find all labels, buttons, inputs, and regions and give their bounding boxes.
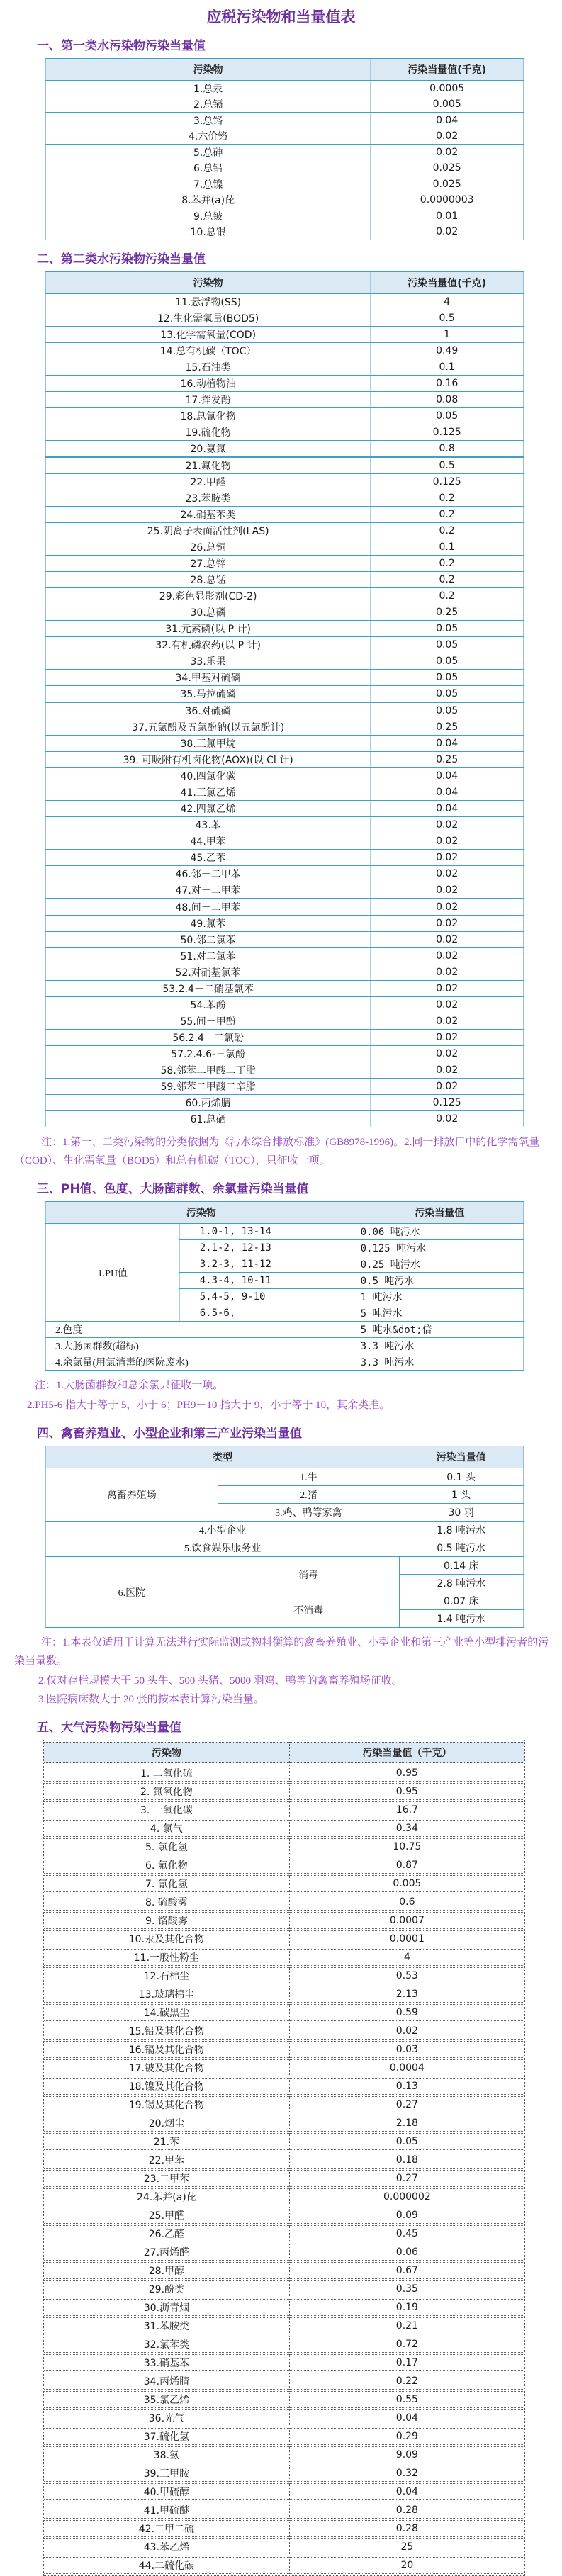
equivalent-value: 30 羽 — [399, 1504, 523, 1522]
equivalent-value: 10.75 — [289, 1838, 524, 1855]
pollutant-name: 1.总汞 — [46, 81, 371, 97]
table-row: 5. 氯化氢10.75 — [44, 1838, 524, 1855]
table-row: 1.PH值 1.0-1, 13-14 0.06 吨污水 — [46, 1224, 524, 1240]
section-3-heading: 三、PH值、色度、大肠菌群数、余氯量污染当量值 — [37, 1179, 562, 1196]
equivalent-value: 0.13 — [289, 2078, 524, 2095]
type-label: 4.小型企业 — [46, 1522, 400, 1539]
equivalent-value: 0.0004 — [289, 2059, 524, 2076]
table-row: 14.总有机碳（TOC）0.49 — [46, 343, 524, 359]
table-row: 39. 可吸附有机卤化物(AOX)(以 Cl 计)0.25 — [46, 752, 524, 768]
equivalent-value: 0.2 — [371, 490, 524, 507]
equivalent-value: 3.3 吨污水 — [356, 1338, 524, 1354]
table-row: 45.乙苯0.02 — [46, 850, 524, 866]
equivalent-value: 0.6 — [289, 1894, 524, 1911]
section-4-note-2: 2.仅对存栏规模大于 50 头牛、500 头猪、5000 羽鸡、鸭等的禽畜养殖场… — [38, 1672, 551, 1690]
equivalent-value: 0.67 — [289, 2262, 524, 2279]
col-header-pollutant: 污染物 — [46, 59, 371, 81]
pollutant-name: 29.彩色显影剂(CD-2) — [46, 588, 371, 604]
table-row: 15.石油类0.1 — [46, 359, 524, 376]
table-header: 污染物 污染当量值 — [46, 1202, 524, 1224]
equivalent-value: 0.53 — [289, 1967, 524, 1984]
equivalent-value: 0.06 吨污水 — [356, 1224, 524, 1240]
pollutant-name: 32.有机磷农药(以 P 计) — [46, 637, 371, 653]
livestock-smallbiz-hospital-table: 类型 污染当量值 禽畜养殖场 1.牛 0.1 头 2.猪 1 头 3.鸡、鸭等家… — [45, 1446, 524, 1628]
col-header-value: 污染当量值(千克) — [371, 272, 524, 294]
equivalent-value: 0.2 — [371, 556, 524, 572]
equivalent-value: 0.02 — [371, 882, 524, 899]
table-row: 59.邻苯二甲酸二辛脂0.02 — [46, 1079, 524, 1095]
table-row: 32.有机磷农药(以 P 计)0.05 — [46, 637, 524, 653]
pollutant-name: 51.对二氯苯 — [46, 948, 371, 964]
pollutant-name: 39. 可吸附有机卤化物(AOX)(以 Cl 计) — [46, 752, 371, 768]
pollutant-name: 59.邻苯二甲酸二辛脂 — [46, 1079, 371, 1095]
pollutant-name: 54.苯酚 — [46, 997, 371, 1013]
pollutant-name: 40.四氯化碳 — [46, 768, 371, 784]
equivalent-value: 0.04 — [371, 113, 524, 129]
section-4-note-3: 3.医院病床数大于 20 张的按本表计算污染当量。 — [38, 1690, 551, 1709]
equivalent-value: 0.02 — [371, 948, 524, 964]
pollutant-name: 15.铅及其化合物 — [44, 2023, 289, 2040]
equivalent-value: 0.05 — [371, 670, 524, 686]
table-header: 类型 污染当量值 — [46, 1446, 524, 1468]
pollutant-name: 18.镍及其化合物 — [44, 2078, 289, 2095]
table-row: 8. 硫酸雾0.6 — [44, 1894, 524, 1911]
table-row: 6.医院 消毒 0.14 床 — [46, 1557, 524, 1575]
equivalent-value: 1.8 吨污水 — [399, 1522, 523, 1539]
equivalent-value: 5 吨水&dot;倍 — [356, 1322, 524, 1338]
pollutant-name: 19.硫化物 — [46, 424, 371, 441]
table-row: 18.总氰化物0.05 — [46, 408, 524, 424]
pollutant-name: 21.苯 — [44, 2133, 289, 2150]
equivalent-value: 0.1 头 — [399, 1468, 523, 1486]
pollutant-name: 6. 氟化物 — [44, 1857, 289, 1874]
table-row: 35.马拉硫磷0.05 — [46, 686, 524, 703]
table-row: 7.总镍0.025 — [46, 176, 524, 193]
table-row: 13.化学需氧量(COD)1 — [46, 327, 524, 343]
equivalent-value: 0.04 — [289, 2483, 524, 2500]
table-row: 40.甲硫醇0.04 — [44, 2483, 524, 2500]
equivalent-value: 0.04 — [371, 768, 524, 784]
no-disinfect-label: 不消毒 — [218, 1592, 399, 1628]
pollutant-name: 33.乐果 — [46, 653, 371, 670]
table-row: 19.硫化物0.125 — [46, 424, 524, 441]
ph-range: 1.0-1, 13-14 — [179, 1224, 356, 1240]
pollutant-name: 39.三甲胺 — [44, 2465, 289, 2482]
pollutant-name: 9. 铬酸雾 — [44, 1912, 289, 1929]
pollutant-name: 3. 一氧化碳 — [44, 1801, 289, 1818]
equivalent-value: 0.87 — [289, 1857, 524, 1874]
pollutant-name: 34.丙烯腈 — [44, 2373, 289, 2390]
pollutant-name: 28.甲醇 — [44, 2262, 289, 2279]
equivalent-value: 0.02 — [289, 2023, 524, 2040]
table-row: 41.三氯乙烯0.04 — [46, 784, 524, 801]
pollutant-name: 60.丙烯腈 — [46, 1095, 371, 1111]
equivalent-value: 0.32 — [289, 2465, 524, 2482]
equivalent-value: 0.21 — [289, 2317, 524, 2334]
pollutant-name: 41.三氯乙烯 — [46, 784, 371, 801]
equivalent-value: 0.5 — [371, 310, 524, 327]
table-row: 30.总磷0.25 — [46, 604, 524, 621]
pollutant-name: 57.2.4.6-三氯酚 — [46, 1046, 371, 1062]
equivalent-value: 16.7 — [289, 1801, 524, 1818]
pollutant-name: 43.苯 — [46, 817, 371, 833]
table-row: 55.间－甲酚0.02 — [46, 1013, 524, 1030]
table-row: 34.甲基对硫磷0.05 — [46, 670, 524, 686]
pollutant-name: 22.甲苯 — [44, 2152, 289, 2169]
equivalent-value: 25 — [289, 2538, 524, 2555]
table-row: 23.二甲苯0.27 — [44, 2170, 524, 2187]
equivalent-value: 1 吨污水 — [356, 1289, 524, 1305]
pollutant-name: 4.余氯量(用氯消毒的医院废水) — [46, 1354, 356, 1371]
table-row: 39.三甲胺0.32 — [44, 2465, 524, 2482]
equivalent-value: 0.04 — [289, 2409, 524, 2426]
table-row: 17.挥发酚0.08 — [46, 392, 524, 408]
equivalent-value: 0.02 — [371, 817, 524, 833]
pollutant-name: 13.化学需氧量(COD) — [46, 327, 371, 343]
equivalent-value: 0.14 床 — [399, 1557, 523, 1575]
pollutant-name: 20.烟尘 — [44, 2115, 289, 2132]
equivalent-value: 0.0000003 — [371, 192, 524, 208]
equivalent-value: 0.02 — [371, 833, 524, 850]
equivalent-value: 0.05 — [371, 653, 524, 670]
pollutant-name: 25.甲醛 — [44, 2207, 289, 2224]
equivalent-value: 0.29 — [289, 2428, 524, 2445]
pollutant-name: 50.邻二氯苯 — [46, 932, 371, 948]
equivalent-value: 0.1 — [371, 539, 524, 556]
pollutant-name: 13.玻璃棉尘 — [44, 1986, 289, 2003]
equivalent-value: 0.27 — [289, 2096, 524, 2113]
pollutant-name: 58.邻苯二甲酸二丁脂 — [46, 1062, 371, 1079]
equivalent-value: 0.34 — [289, 1820, 524, 1837]
equivalent-value: 0.005 — [371, 96, 524, 113]
equivalent-value: 0.025 — [371, 176, 524, 193]
first-class-water-pollutants-table: 污染物 污染当量值(千克) 1.总汞0.00052.总镉0.0053.总铬0.0… — [45, 58, 524, 240]
equivalent-value: 0.02 — [371, 899, 524, 916]
equivalent-value: 0.02 — [371, 145, 524, 161]
table-row: 3.总铬0.04 — [46, 113, 524, 129]
table-row: 10.总银0.02 — [46, 224, 524, 240]
equivalent-value: 0.45 — [289, 2225, 524, 2242]
table-row: 58.邻苯二甲酸二丁脂0.02 — [46, 1062, 524, 1079]
table-row: 21.氟化物0.5 — [46, 457, 524, 474]
table-row: 57.2.4.6-三氯酚0.02 — [46, 1046, 524, 1062]
second-class-water-pollutants-table: 污染物 污染当量值(千克) 11.悬浮物(SS)412.生化需氧量(BOD5)0… — [45, 271, 524, 1127]
pollutant-name: 38.氨 — [44, 2446, 289, 2463]
equivalent-value: 0.03 — [289, 2041, 524, 2058]
table-row: 9.总铍0.01 — [46, 208, 524, 225]
equivalent-value: 0.2 — [371, 523, 524, 539]
table-header: 污染物 污染当量值(千克) — [46, 59, 524, 81]
pollutant-name: 6.总铅 — [46, 160, 371, 176]
equivalent-value: 0.02 — [371, 981, 524, 997]
pollutant-name: 17.挥发酚 — [46, 392, 371, 408]
pollutant-name: 40.甲硫醇 — [44, 2483, 289, 2500]
table-row: 40.四氯化碳0.04 — [46, 768, 524, 784]
pollutant-name: 33.硝基苯 — [44, 2354, 289, 2371]
table-row: 4.余氯量(用氯消毒的医院废水) 3.3 吨污水 — [46, 1354, 524, 1371]
table-row: 6.总铅0.025 — [46, 160, 524, 176]
table-row: 42.四氯乙烯0.04 — [46, 801, 524, 817]
animal-type: 1.牛 — [218, 1468, 399, 1486]
table-row: 16.镉及其化合物0.03 — [44, 2041, 524, 2058]
equivalent-value: 0.04 — [371, 736, 524, 752]
table-row: 31.元素磷(以 P 计)0.05 — [46, 621, 524, 637]
table-row: 12.生化需氧量(BOD5)0.5 — [46, 310, 524, 327]
table-row: 32.氯苯类0.72 — [44, 2336, 524, 2353]
pollutant-name: 26.总铜 — [46, 539, 371, 556]
table-row: 5.饮食娱乐服务业 0.5 吨污水 — [46, 1539, 524, 1557]
pollutant-name: 31.苯胺类 — [44, 2317, 289, 2334]
table-row: 23.苯胺类0.2 — [46, 490, 524, 507]
pollutant-name: 55.间－甲酚 — [46, 1013, 371, 1030]
pollutant-name: 10.总银 — [46, 224, 371, 240]
equivalent-value: 0.02 — [371, 932, 524, 948]
equivalent-value: 20 — [289, 2557, 524, 2574]
pollutant-name: 24.硝基苯类 — [46, 507, 371, 523]
pollutant-name: 35.氯乙烯 — [44, 2391, 289, 2408]
table-row: 50.邻二氯苯0.02 — [46, 932, 524, 948]
pollutant-name: 4.六价铬 — [46, 128, 371, 145]
equivalent-value: 0.025 — [371, 160, 524, 176]
equivalent-value: 0.16 — [371, 376, 524, 392]
pollutant-name: 9.总铍 — [46, 208, 371, 225]
ph-range: 3.2-3, 11-12 — [179, 1256, 356, 1273]
pollutant-name: 3.大肠菌群数(超标) — [46, 1338, 356, 1354]
equivalent-value: 3.3 吨污水 — [356, 1354, 524, 1371]
table-row: 6. 氟化物0.87 — [44, 1857, 524, 1874]
pollutant-name: 15.石油类 — [46, 359, 371, 376]
table-row: 27.总锌0.2 — [46, 556, 524, 572]
equivalent-value: 0.02 — [371, 850, 524, 866]
table-row: 43.苯乙烯25 — [44, 2538, 524, 2555]
equivalent-value: 0.72 — [289, 2336, 524, 2353]
table-row: 19.锡及其化合物0.27 — [44, 2096, 524, 2113]
equivalent-value: 0.000002 — [289, 2188, 524, 2205]
table-row: 29.彩色显影剂(CD-2)0.2 — [46, 588, 524, 604]
pollutant-name: 7. 氰化氢 — [44, 1875, 289, 1892]
pollutant-name: 2.总镉 — [46, 96, 371, 113]
table-row: 11.悬浮物(SS)4 — [46, 294, 524, 310]
table-row: 33.硝基苯0.17 — [44, 2354, 524, 2371]
section-2-heading: 二、第二类水污染物污染当量值 — [37, 249, 562, 266]
table-row: 5.总砷0.02 — [46, 145, 524, 161]
section-4-note-1: 注：1.本表仅适用于计算无法进行实际监测或物料衡算的禽畜养殖业、小型企业和第三产… — [14, 1633, 551, 1670]
table-row: 22.甲苯0.18 — [44, 2152, 524, 2169]
equivalent-value: 0.005 — [289, 1875, 524, 1892]
pollutant-name: 12.石棉尘 — [44, 1967, 289, 1984]
equivalent-value: 0.95 — [289, 1765, 524, 1782]
table-row: 20.氨氮0.8 — [46, 441, 524, 458]
equivalent-value: 0.05 — [371, 621, 524, 637]
table-row: 12.石棉尘0.53 — [44, 1967, 524, 1984]
pollutant-name: 29.酚类 — [44, 2280, 289, 2297]
table-row: 2. 氮氧化物0.95 — [44, 1783, 524, 1800]
pollutant-name: 36.对硫磷 — [46, 702, 371, 719]
equivalent-value: 0.04 — [371, 784, 524, 801]
pollutant-name: 2.色度 — [46, 1322, 356, 1338]
table-row: 46.邻－二甲苯0.02 — [46, 866, 524, 882]
equivalent-value: 0.125 吨污水 — [356, 1240, 524, 1256]
equivalent-value: 2.13 — [289, 1986, 524, 2003]
table-row: 49.氯苯0.02 — [46, 916, 524, 932]
disinfect-label: 消毒 — [218, 1557, 399, 1592]
table-row: 52.对硝基氯苯0.02 — [46, 964, 524, 981]
equivalent-value: 0.05 — [371, 408, 524, 424]
pollutant-name: 23.苯胺类 — [46, 490, 371, 507]
pollutant-name: 35.马拉硫磷 — [46, 686, 371, 703]
equivalent-value: 0.0007 — [289, 1912, 524, 1929]
pollutant-name: 38.三氯甲烷 — [46, 736, 371, 752]
pollutant-name: 1. 二氧化硫 — [44, 1765, 289, 1782]
pollutant-name: 3.总铬 — [46, 113, 371, 129]
table-row: 38.氨9.09 — [44, 2446, 524, 2463]
table-row: 44.二硫化碳20 — [44, 2557, 524, 2574]
equivalent-value: 0.02 — [371, 916, 524, 932]
equivalent-value: 1 头 — [399, 1486, 523, 1504]
pollutant-name: 11.悬浮物(SS) — [46, 294, 371, 310]
pollutant-name: 5.总砷 — [46, 145, 371, 161]
table-row: 22.甲醛0.125 — [46, 474, 524, 490]
table-row: 25.甲醛0.09 — [44, 2207, 524, 2224]
table-row: 38.三氯甲烷0.04 — [46, 736, 524, 752]
col-header-value: 污染当量值（千克） — [289, 1742, 524, 1763]
pollutant-name: 52.对硝基氯苯 — [46, 964, 371, 981]
equivalent-value: 0.02 — [371, 1111, 524, 1127]
pollutant-name: 43.苯乙烯 — [44, 2538, 289, 2555]
pollutant-name: 42.四氯乙烯 — [46, 801, 371, 817]
pollutant-name: 56.2.4－二氯酚 — [46, 1030, 371, 1046]
equivalent-value: 0.2 — [371, 588, 524, 604]
pollutant-name: 31.元素磷(以 P 计) — [46, 621, 371, 637]
table-row: 30.沥青烟0.19 — [44, 2299, 524, 2316]
pollutant-name: 20.氨氮 — [46, 441, 371, 458]
document-page: 应税污染物和当量值表 一、第一类水污染物污染当量值 污染物 污染当量值(千克) … — [0, 6, 562, 2576]
table-row: 37.硫化氢0.29 — [44, 2428, 524, 2445]
ph-range: 2.1-2, 12-13 — [179, 1240, 356, 1256]
table-row: 13.玻璃棉尘2.13 — [44, 1986, 524, 2003]
section-3-note-2: 2.PH5-6 指大于等于 5，小于 6；PH9－10 指大于 9，小于等于 1… — [27, 1396, 551, 1414]
table-row: 1. 二氧化硫0.95 — [44, 1765, 524, 1782]
equivalent-value: 0.05 — [371, 702, 524, 719]
equivalent-value: 0.02 — [371, 964, 524, 981]
table-row: 25.阴离子表面活性剂(LAS)0.2 — [46, 523, 524, 539]
pollutant-name: 26.乙醛 — [44, 2225, 289, 2242]
equivalent-value: 0.25 吨污水 — [356, 1256, 524, 1273]
table-row: 4. 氯气0.34 — [44, 1820, 524, 1837]
pollutant-name: 44.甲苯 — [46, 833, 371, 850]
equivalent-value: 0.0001 — [289, 1930, 524, 1947]
table-row: 48.间－二甲苯0.02 — [46, 899, 524, 916]
pollutant-name: 19.锡及其化合物 — [44, 2096, 289, 2113]
table-row: 21.苯0.05 — [44, 2133, 524, 2150]
table-row: 42.二甲二硫0.28 — [44, 2520, 524, 2537]
equivalent-value: 0.8 — [371, 441, 524, 458]
pollutant-name: 21.氟化物 — [46, 457, 371, 474]
table-row: 28.甲醇0.67 — [44, 2262, 524, 2279]
col-header-pollutant: 污染物 — [46, 1202, 356, 1224]
table-row: 2.色度 5 吨水&dot;倍 — [46, 1322, 524, 1338]
equivalent-value: 0.02 — [371, 224, 524, 240]
pollutant-name: 12.生化需氧量(BOD5) — [46, 310, 371, 327]
pollutant-name: 45.乙苯 — [46, 850, 371, 866]
table-row: 2.总镉0.005 — [46, 96, 524, 113]
col-header-value: 污染当量值 — [399, 1446, 523, 1468]
equivalent-value: 2.18 — [289, 2115, 524, 2132]
livestock-group-label: 禽畜养殖场 — [46, 1468, 218, 1522]
table-row: 8.苯并(a)芘0.0000003 — [46, 192, 524, 208]
equivalent-value: 0.18 — [289, 2152, 524, 2169]
ph-group-label: 1.PH值 — [46, 1224, 180, 1322]
equivalent-value: 0.28 — [289, 2502, 524, 2519]
table-row: 24.苯并(a)芘0.000002 — [44, 2188, 524, 2205]
table-row: 4.小型企业 1.8 吨污水 — [46, 1522, 524, 1539]
ph-range: 6.5-6, — [179, 1305, 356, 1322]
table-row: 28.总锰0.2 — [46, 572, 524, 588]
equivalent-value: 0.22 — [289, 2373, 524, 2390]
pollutant-name: 4. 氯气 — [44, 1820, 289, 1837]
equivalent-value: 4 — [371, 294, 524, 310]
equivalent-value: 0.125 — [371, 474, 524, 490]
pollutant-name: 46.邻－二甲苯 — [46, 866, 371, 882]
pollutant-name: 16.镉及其化合物 — [44, 2041, 289, 2058]
pollutant-name: 22.甲醛 — [46, 474, 371, 490]
equivalent-value: 0.02 — [371, 1030, 524, 1046]
equivalent-value: 0.09 — [289, 2207, 524, 2224]
section-5-heading: 五、大气污染物污染当量值 — [37, 1717, 562, 1735]
table-row: 37.五氯酚及五氯酚钠(以五氯酚计)0.25 — [46, 719, 524, 736]
equivalent-value: 0.02 — [371, 128, 524, 145]
equivalent-value: 0.28 — [289, 2520, 524, 2537]
table-row: 51.对二氯苯0.02 — [46, 948, 524, 964]
equivalent-value: 0.02 — [371, 1046, 524, 1062]
section-4-heading: 四、禽畜养殖业、小型企业和第三产业污染当量值 — [37, 1423, 562, 1441]
table-row: 31.苯胺类0.21 — [44, 2317, 524, 2334]
equivalent-value: 0.02 — [371, 1079, 524, 1095]
equivalent-value: 0.06 — [289, 2244, 524, 2261]
table-row: 27.丙烯醛0.06 — [44, 2244, 524, 2261]
table-row: 41.甲硫醚0.28 — [44, 2502, 524, 2519]
pollutant-name: 5. 氯化氢 — [44, 1838, 289, 1855]
equivalent-value: 0.05 — [289, 2133, 524, 2150]
pollutant-name: 30.总磷 — [46, 604, 371, 621]
table-row: 24.硝基苯类0.2 — [46, 507, 524, 523]
table-row: 16.动植物油0.16 — [46, 376, 524, 392]
pollutant-name: 7.总镍 — [46, 176, 371, 193]
table-row: 10.汞及其化合物0.0001 — [44, 1930, 524, 1947]
pollutant-name: 30.沥青烟 — [44, 2299, 289, 2316]
equivalent-value: 1.4 吨污水 — [399, 1610, 523, 1628]
table-row: 11.一般性粉尘4 — [44, 1949, 524, 1966]
pollutant-name: 8.苯并(a)芘 — [46, 192, 371, 208]
table-header: 污染物 污染当量值（千克） — [44, 1742, 524, 1763]
equivalent-value: 0.05 — [371, 637, 524, 653]
equivalent-value: 0.55 — [289, 2391, 524, 2408]
table-row: 34.丙烯腈0.22 — [44, 2373, 524, 2390]
pollutant-name: 27.丙烯醛 — [44, 2244, 289, 2261]
equivalent-value: 2.8 吨污水 — [399, 1575, 523, 1592]
pollutant-name: 48.间－二甲苯 — [46, 899, 371, 916]
equivalent-value: 0.25 — [371, 604, 524, 621]
equivalent-value: 0.17 — [289, 2354, 524, 2371]
table-row: 26.总铜0.1 — [46, 539, 524, 556]
table-row: 60.丙烯腈0.125 — [46, 1095, 524, 1111]
table-row: 56.2.4－二氯酚0.02 — [46, 1030, 524, 1046]
pollutant-name: 49.氯苯 — [46, 916, 371, 932]
pollutant-name: 32.氯苯类 — [44, 2336, 289, 2353]
equivalent-value: 0.125 — [371, 424, 524, 441]
pollutant-name: 42.二甲二硫 — [44, 2520, 289, 2537]
equivalent-value: 0.01 — [371, 208, 524, 225]
